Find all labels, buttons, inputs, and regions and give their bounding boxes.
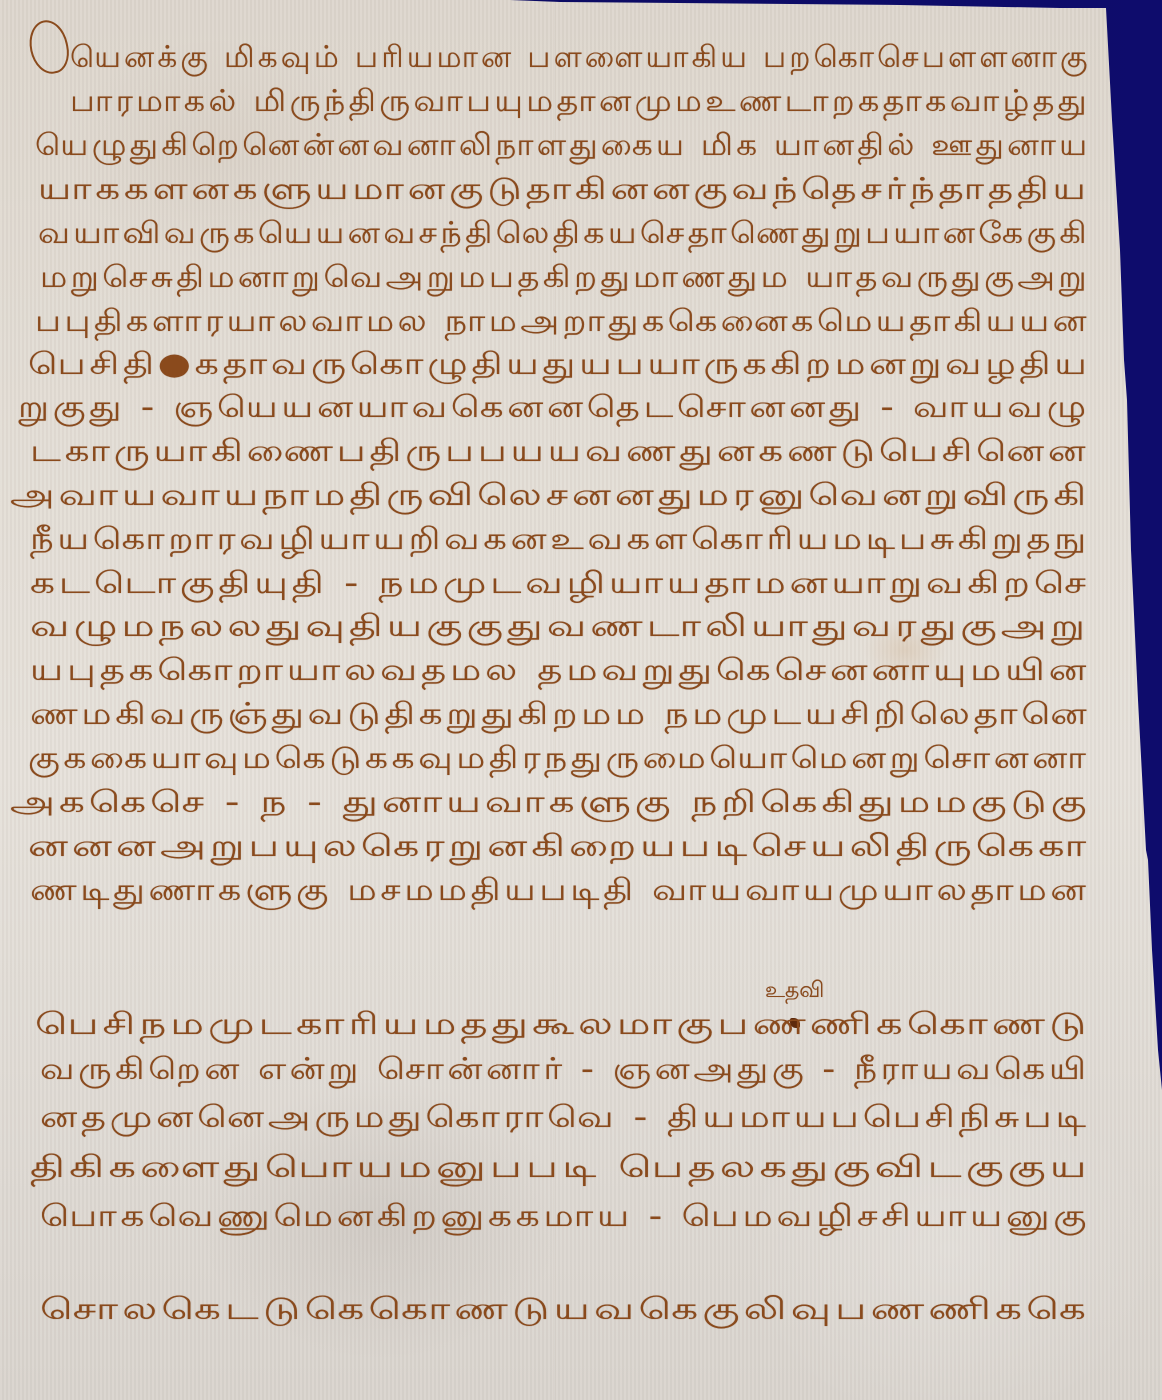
- manuscript-line-17: குககையாவுமகெடுககவுமதிரநதுருமையொமெனறுசொனன…: [28, 739, 1090, 779]
- manuscript-line-10: டகாருயாகிணைபதிருபபயயவணதுனகணடுபெசினென: [30, 432, 1089, 472]
- manuscript-line-7: பபுதிகளாரயாலவாமல நாமஅறாதுககெனைகமெயதாகியய…: [35, 302, 1090, 342]
- manuscript-line-8: பெசிதி●கதாவருகொழுதியதுயபயாருககிறமனறுவழதி…: [28, 345, 1091, 385]
- manuscript-line-26: சொலகெடடுகெகொணடுயவகெகுலிவுபணணிககெ: [40, 1290, 1090, 1330]
- manuscript-line-14: வழுமநலலதுவுதியகுகுதுவணடாலியாதுவரதுகுஅறு: [30, 607, 1089, 647]
- manuscript-line-11: அவாயவாயநாமதிருவிலெசனனதுமரனுவெனறுவிருகி: [10, 476, 1090, 516]
- manuscript-line-6: மறுசெசுதிமனாறுவெஅறுமபதகிறதுமாணதும யாதவரு…: [40, 258, 1090, 298]
- manuscript-line-23: னதமுனனெஅருமதுகொராவெ - தியமாயபபெசிநிசுபடி: [40, 1098, 1090, 1138]
- manuscript-line-22: வருகிறென என்று சொன்னார் - ஞனஅதுகு - நீரா…: [40, 1050, 1090, 1090]
- manuscript-line-25: பொகவெணுமெனகிறனுககமாய - பெமவழிசசியாயனுகு: [40, 1197, 1090, 1237]
- manuscript-line-4: யாககளனகளுயமானகுடுதாகினனகுவந்தெசர்ந்தாததி…: [38, 170, 1090, 210]
- manuscript-line-1: யெனக்கு மிகவும் பரியமான பளளையாகிய பறகொசெ…: [70, 38, 1091, 78]
- initial-letter-flourish: [25, 17, 73, 78]
- manuscript-line-3: யெழுதுகிறெனென்னவனாலிநாளதுகைய மிக யானதில்…: [35, 126, 1090, 166]
- manuscript-line-5: வயாவிவருகயெயனவசந்திலெதிகயசெதாணெதுறுபயானக…: [38, 214, 1090, 254]
- manuscript-line-21: பெசிநமமுடகாரியமததுகூலமாகுபணணிககொணடு: [35, 1005, 1091, 1045]
- interlinear-insertion: உதவி: [765, 978, 824, 1004]
- manuscript-text-block: யெனக்கு மிகவும் பரியமான பளளையாகிய பறகொசெ…: [0, 0, 1162, 1400]
- manuscript-line-24: திகிகளைதுபொயமனுபபடி பெதலகதுகுவிடகுகுய: [30, 1148, 1091, 1188]
- manuscript-line-13: கடடொகுதியுதி - நமமுடவழியாயதாமனயாறுவகிறசெ: [30, 564, 1090, 604]
- manuscript-line-12: நீயகொறாரவழியாயறிவகனஉவகளகொரியமடிபசுகிறுதந…: [30, 520, 1090, 560]
- manuscript-paper: யெனக்கு மிகவும் பரியமான பளளையாகிய பறகொசெ…: [0, 0, 1162, 1400]
- manuscript-line-19: னனனஅறுபயுலகெரறுனகிறையபடிசெயலிதிருகெகா: [28, 827, 1090, 867]
- manuscript-line-9: றுகுது - ஞயெயனயாவகெனனதெடசொனனது - வாயவழு: [18, 388, 1090, 428]
- manuscript-line-2: பாரமாகல் மிருந்திருவாபயுமதானமுமஉணடாறகதாக…: [70, 82, 1090, 122]
- manuscript-line-18: அககெசெ - ந - துனாயவாகளுகு நறிகெகிதுமமகுட…: [10, 783, 1090, 823]
- manuscript-line-16: ணமகிவருஞ்துவடுதிகறுதுகிறமம நமமுடயசிறிலெத…: [30, 695, 1090, 735]
- manuscript-line-20: ணடிதுணாகளுகு மசமமதியபடிதி வாயவாயமுயாலதாம…: [30, 871, 1090, 911]
- manuscript-line-15: யபுதககொறாயாலவதமல தமவறுதுகெசெனனாயுமயின: [30, 651, 1090, 691]
